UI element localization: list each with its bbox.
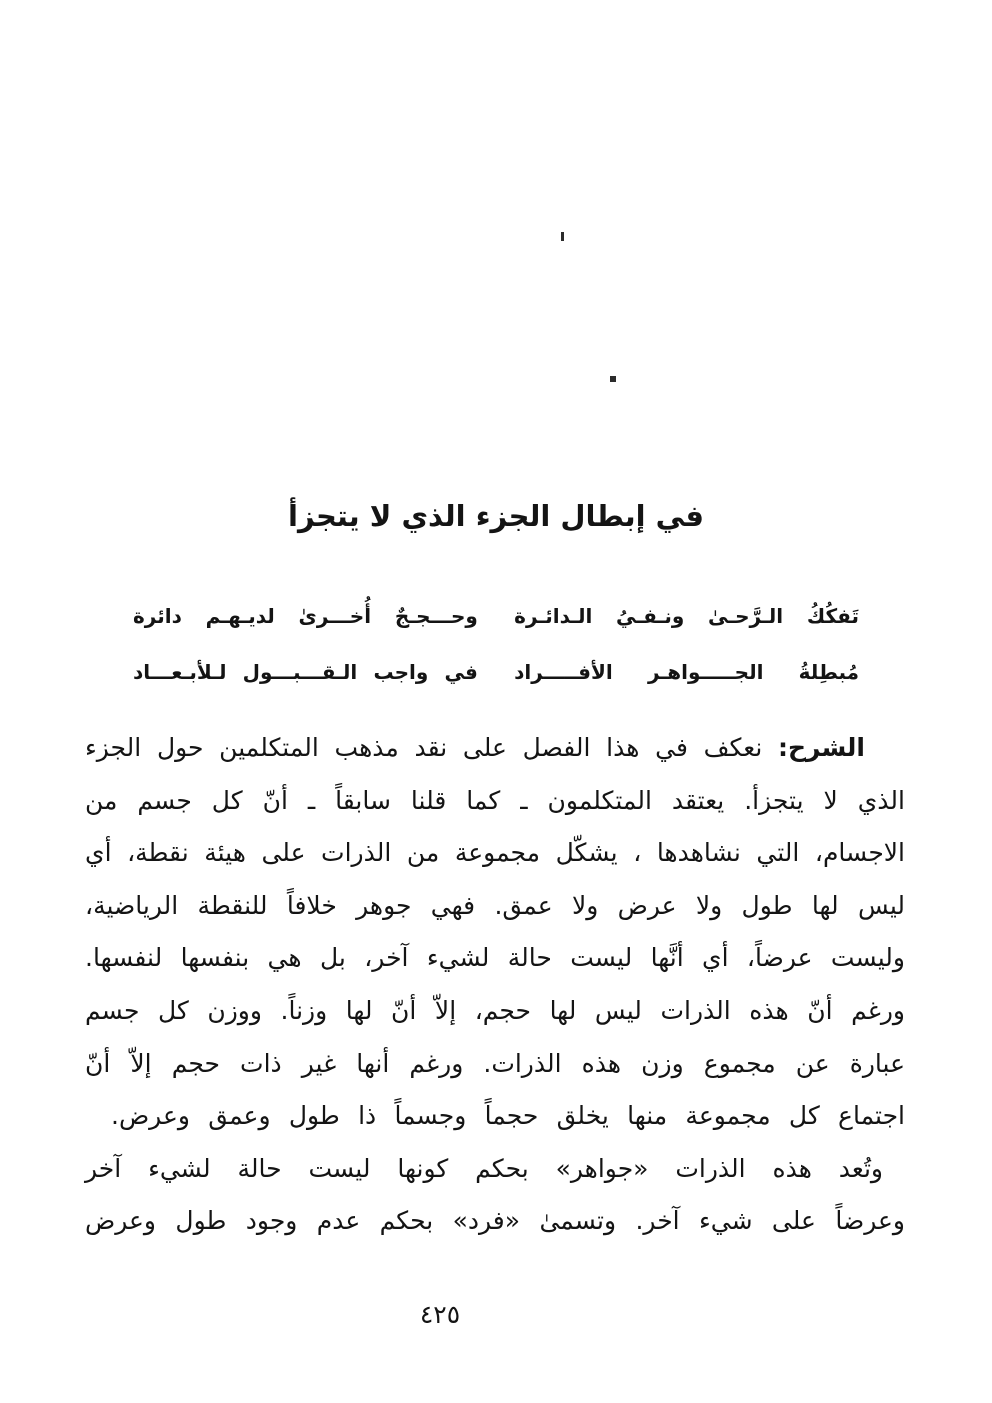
prose-line-3: الاجسام، التي نشاهدها ، يشكّل مجموعة من … [85,827,905,880]
verse-2-first-hemistich: مُبطِلةُ الجـــــواهـر الأفـــــراد [514,652,859,692]
chapter-title: في إبطال الجزء الذي لا يتجزأ [0,499,992,533]
prose-line-10: وعرضاً على شيء آخر. وتسمىٰ «فرد» بحكم عد… [85,1195,905,1248]
verse-line-2: مُبطِلةُ الجـــــواهـر الأفـــــراد في و… [133,652,859,692]
prose-line-4: ليس لها طول ولا عرض ولا عمق. فهي جوهر خل… [85,880,905,933]
prose-line-7: عبارة عن مجموع وزن هذه الذرات. ورغم أنها… [85,1038,905,1091]
prose-line-1-text: نعكف في هذا الفصل على نقد مذهب المتكلمين… [85,733,762,762]
verse-1-first-hemistich: تَفكُكُ الـرَّحـىٰ ونـفـيُ الـدائـرة [514,596,859,636]
prose-line-9: وتُعد هذه الذرات «جواهر» بحكم كونها ليست… [85,1143,905,1196]
commentary-text: الشرح: نعكف في هذا الفصل على نقد مذهب ال… [85,722,905,1248]
prose-line-5: وليست عرضاً، أي أنَّها ليست حالة لشيء آخ… [85,932,905,985]
prose-line-2: الذي لا يتجزأ. يعتقد المتكلمون ـ كما قلن… [85,775,905,828]
verse-line-1: تَفكُكُ الـرَّحـىٰ ونـفـيُ الـدائـرة وحـ… [133,596,859,636]
book-page: في إبطال الجزء الذي لا يتجزأ تَفكُكُ الـ… [0,0,992,1403]
page-number: ٤٢٥ [398,1300,482,1329]
verse-block: تَفكُكُ الـرَّحـىٰ ونـفـيُ الـدائـرة وحـ… [133,596,859,708]
ink-speck [610,376,616,382]
commentary-lead-word: الشرح: [778,733,865,762]
ink-speck [561,232,564,241]
prose-line-8: اجتماع كل مجموعة منها يخلق حجماً وجسماً … [85,1090,905,1143]
prose-line-1: الشرح: نعكف في هذا الفصل على نقد مذهب ال… [85,722,905,775]
verse-2-second-hemistich: في واجب الـقـــبـــول لـلأبـعـــاد [133,652,478,692]
verse-1-second-hemistich: وحـــجـجٌ أُخـــرىٰ لديـهـم دائرة [133,596,478,636]
prose-line-6: ورغم أنّ هذه الذرات ليس لها حجم، إلاّ أن… [85,985,905,1038]
